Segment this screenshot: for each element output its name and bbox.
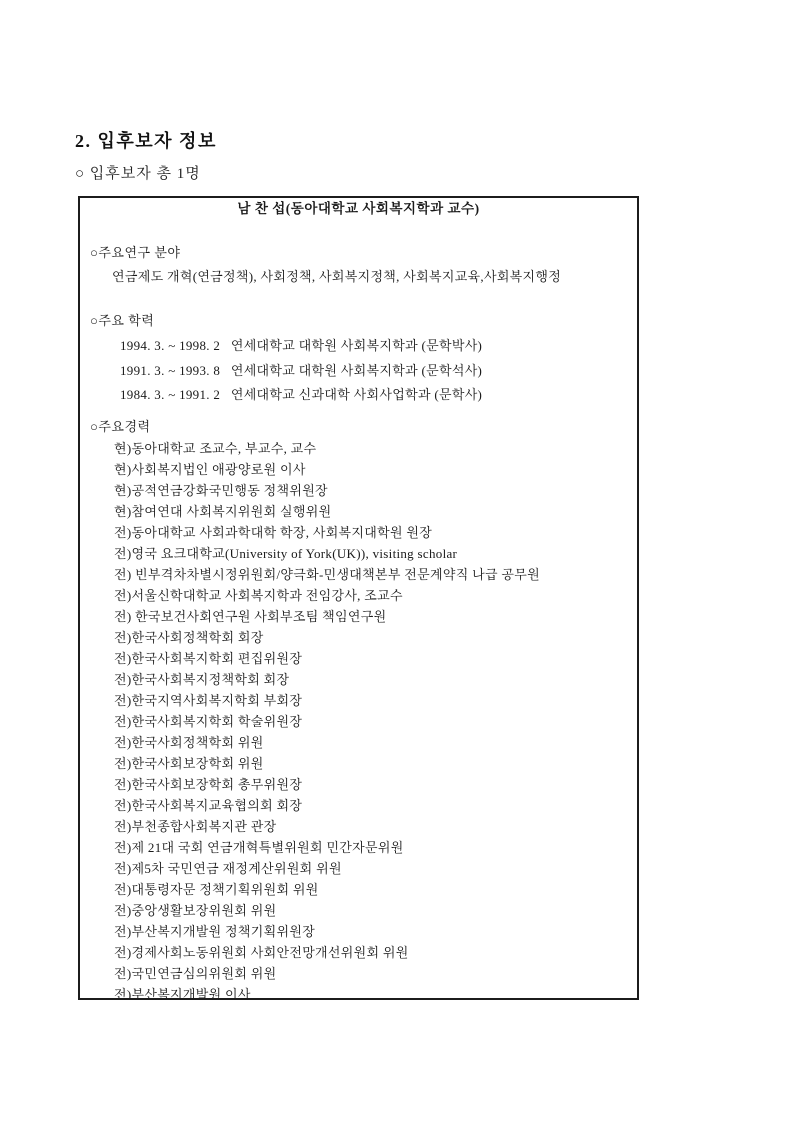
career-heading: ○주요경력 xyxy=(88,418,629,436)
education-heading: ○주요 학력 xyxy=(88,312,629,330)
career-item: 전) 빈부격차차별시정위원회/양극화-민생대책본부 전문계약직 나급 공무원 xyxy=(88,564,629,585)
page-content: 2. 입후보자 정보 ○ 입후보자 총 1명 남 찬 섭(동아대학교 사회복지학… xyxy=(0,0,793,1000)
career-item: 전)한국사회복지정책학회 회장 xyxy=(88,669,629,690)
career-item: 전)부산복지개발원 정책기획위원장 xyxy=(88,921,629,942)
career-item: 현)참여연대 사회복지위원회 실행위원 xyxy=(88,501,629,522)
document-page: 2. 입후보자 정보 ○ 입후보자 총 1명 남 찬 섭(동아대학교 사회복지학… xyxy=(0,0,793,1121)
career-item: 전)서울신학대학교 사회복지학과 전임강사, 조교수 xyxy=(88,585,629,606)
career-item: 전)한국사회복지학회 학술위원장 xyxy=(88,711,629,732)
education-section: ○주요 학력 1994. 3. ~ 1998. 2 연세대학교 대학원 사회복지… xyxy=(88,312,629,408)
career-item: 전)동아대학교 사회과학대학 학장, 사회복지대학원 원장 xyxy=(88,522,629,543)
career-section: ○주요경력 현)동아대학교 조교수, 부교수, 교수현)사회복지법인 애광양로원… xyxy=(88,418,629,1001)
career-item: 전)한국지역사회복지학회 부회장 xyxy=(88,690,629,711)
career-item: 전)경제사회노동위원회 사회안전망개선위원회 위원 xyxy=(88,942,629,963)
candidate-name-title: 남 찬 섭(동아대학교 사회복지학과 교수) xyxy=(88,200,629,218)
career-item: 전)한국사회정책학회 위원 xyxy=(88,732,629,753)
career-item: 전)중앙생활보장위원회 위원 xyxy=(88,900,629,921)
career-item: 전)한국사회보장학회 위원 xyxy=(88,753,629,774)
research-section: ○주요연구 분야 연금제도 개혁(연금정책), 사회정책, 사회복지정책, 사회… xyxy=(88,244,629,286)
career-item: 전)한국사회복지학회 편집위원장 xyxy=(88,648,629,669)
career-item: 전)제5차 국민연금 재정계산위원회 위원 xyxy=(88,858,629,879)
career-item: 전)한국사회복지교육협의회 회장 xyxy=(88,795,629,816)
education-item: 1991. 3. ~ 1993. 8 연세대학교 대학원 사회복지학과 (문학석… xyxy=(88,359,629,384)
education-item: 1984. 3. ~ 1991. 2 연세대학교 신과대학 사회사업학과 (문학… xyxy=(88,383,629,408)
career-item: 전)한국사회정책학회 회장 xyxy=(88,627,629,648)
career-item: 현)동아대학교 조교수, 부교수, 교수 xyxy=(88,438,629,459)
career-item: 전)부천종합사회복지관 관장 xyxy=(88,816,629,837)
research-heading: ○주요연구 분야 xyxy=(88,244,629,262)
candidate-info-box: 남 찬 섭(동아대학교 사회복지학과 교수) ○주요연구 분야 연금제도 개혁(… xyxy=(78,196,639,1000)
career-item: 전) 한국보건사회연구원 사회부조팀 책임연구원 xyxy=(88,606,629,627)
education-item: 1994. 3. ~ 1998. 2 연세대학교 대학원 사회복지학과 (문학박… xyxy=(88,334,629,359)
career-item: 전)제 21대 국회 연금개혁특별위원회 민간자문위원 xyxy=(88,837,629,858)
section-title: 2. 입후보자 정보 xyxy=(75,130,718,152)
career-item: 전)한국사회보장학회 총무위원장 xyxy=(88,774,629,795)
career-item: 현)공적연금강화국민행동 정책위원장 xyxy=(88,480,629,501)
candidate-count-line: ○ 입후보자 총 1명 xyxy=(75,164,718,184)
career-item: 전)부산복지개발원 이사 xyxy=(88,984,629,1001)
career-list: 현)동아대학교 조교수, 부교수, 교수현)사회복지법인 애광양로원 이사현)공… xyxy=(88,438,629,1001)
career-item: 전)대통령자문 정책기획위원회 위원 xyxy=(88,879,629,900)
career-item: 전)영국 요크대학교(University of York(UK)), visi… xyxy=(88,543,629,564)
career-item: 전)국민연금심의위원회 위원 xyxy=(88,963,629,984)
education-list: 1994. 3. ~ 1998. 2 연세대학교 대학원 사회복지학과 (문학박… xyxy=(88,334,629,408)
career-item: 현)사회복지법인 애광양로원 이사 xyxy=(88,459,629,480)
research-content: 연금제도 개혁(연금정책), 사회정책, 사회복지정책, 사회복지교육,사회복지… xyxy=(88,268,629,286)
